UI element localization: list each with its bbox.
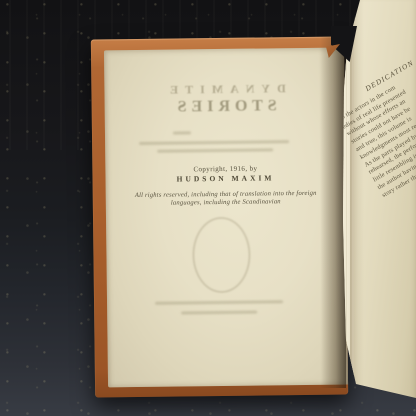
showthrough-publisher-emblem — [192, 217, 251, 294]
showthrough-smudge — [157, 148, 273, 152]
page-fold-shading — [350, 0, 364, 416]
showthrough-smudge — [155, 300, 283, 305]
author-name: HUDSON MAXIM — [105, 172, 345, 184]
showthrough-smudge — [139, 140, 289, 145]
showthrough-smudge — [173, 131, 191, 134]
showthrough-title-line2: STORIES — [105, 96, 345, 117]
rights-notice-line2: languages, including the Scandinavian — [106, 197, 346, 207]
photo-canvas: { "colors": { "background_top": "#17171a… — [0, 0, 416, 416]
book-cover-edge: DYNAMITE STORIES Copyright, 1916, by HUD… — [91, 36, 348, 397]
copyright-page: DYNAMITE STORIES Copyright, 1916, by HUD… — [104, 47, 348, 387]
showthrough-title-line1: DYNAMITE — [104, 80, 344, 98]
gutter-shadow — [320, 36, 346, 388]
showthrough-smudge — [181, 311, 257, 315]
